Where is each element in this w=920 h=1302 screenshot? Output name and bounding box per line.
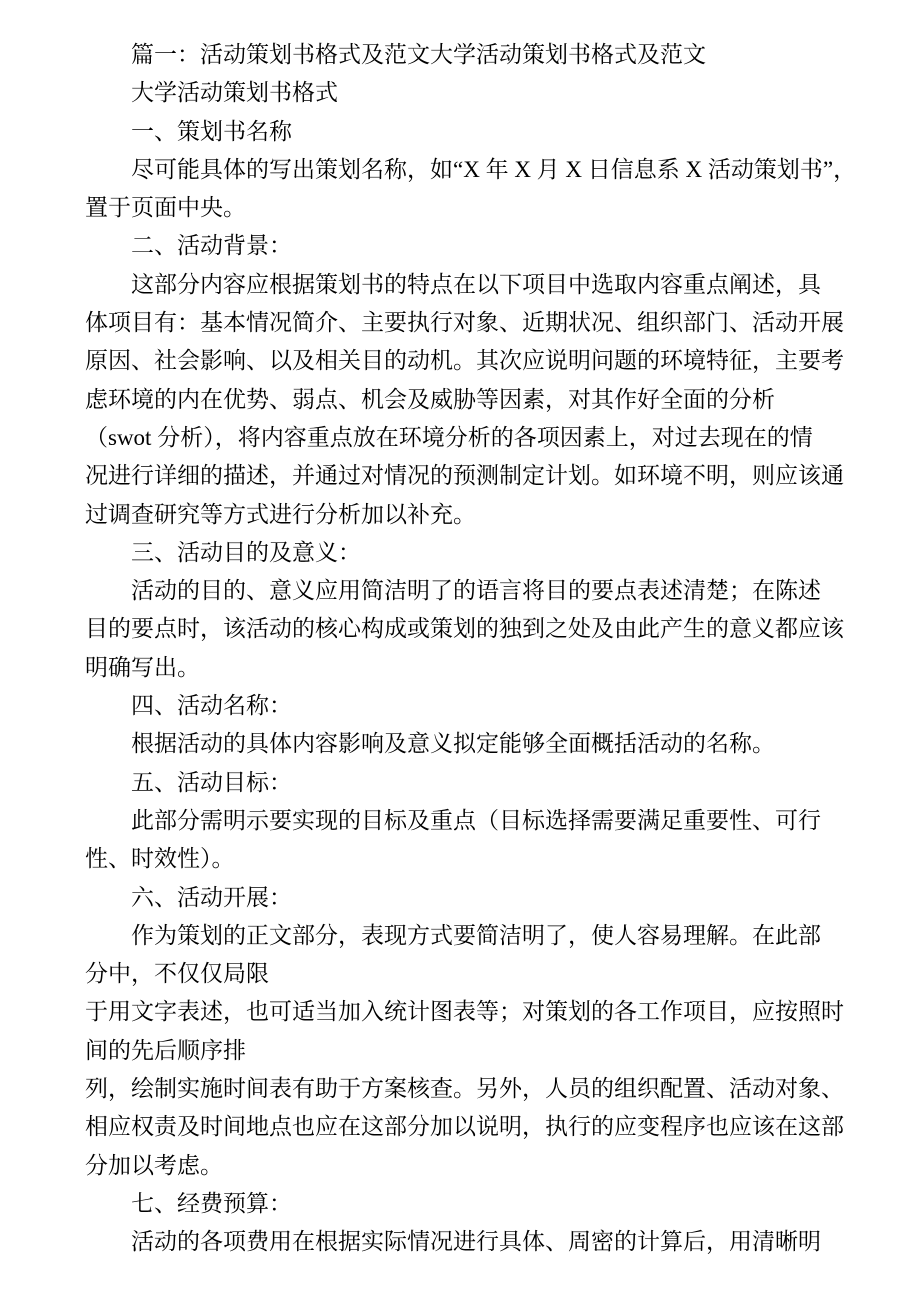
section-heading-line: 四、活动名称： xyxy=(85,687,870,725)
section-heading-line: 一、策划书名称 xyxy=(85,113,870,151)
section-heading-line: 七、经费预算： xyxy=(85,1185,870,1223)
body-text-line: 置于页面中央。 xyxy=(85,189,870,227)
body-text-line: 明确写出。 xyxy=(85,649,870,687)
body-text-line: 性、时效性）。 xyxy=(85,840,870,878)
body-text-line: 活动的目的、意义应用简洁明了的语言将目的要点表述清楚；在陈述 xyxy=(85,572,870,610)
body-text-line: 分加以考虑。 xyxy=(85,1147,870,1185)
body-text-line: 作为策划的正文部分，表现方式要简洁明了，使人容易理解。在此部 xyxy=(85,917,870,955)
body-text-line: 目的要点时，该活动的核心构成或策划的独到之处及由此产生的意义都应该 xyxy=(85,610,870,648)
section-heading-line: 五、活动目标： xyxy=(85,764,870,802)
body-text-line: 尽可能具体的写出策划名称，如“X 年 X 月 X 日信息系 X 活动策划书”， xyxy=(85,151,870,189)
section-heading-line: 二、活动背景： xyxy=(85,227,870,265)
body-text-line: 此部分需明示要实现的目标及重点（目标选择需要满足重要性、可行 xyxy=(85,802,870,840)
section-heading-line: 三、活动目的及意义： xyxy=(85,534,870,572)
body-text-line: 相应权责及时间地点也应在这部分加以说明，执行的应变程序也应该在这部 xyxy=(85,1108,870,1146)
body-text-line: 于用文字表述，也可适当加入统计图表等；对策划的各工作项目，应按照时 xyxy=(85,993,870,1031)
body-text-line: 根据活动的具体内容影响及意义拟定能够全面概括活动的名称。 xyxy=(85,725,870,763)
body-text-line: 况进行详细的描述，并通过对情况的预测制定计划。如环境不明，则应该通 xyxy=(85,457,870,495)
body-text-line: （swot 分析），将内容重点放在环境分析的各项因素上，对过去现在的情 xyxy=(85,419,870,457)
title-line: 篇一：活动策划书格式及范文大学活动策划书格式及范文 xyxy=(85,36,870,74)
body-text-line: 过调查研究等方式进行分析加以补充。 xyxy=(85,496,870,534)
body-text-line: 列，绘制实施时间表有助于方案核查。另外，人员的组织配置、活动对象、 xyxy=(85,1070,870,1108)
body-text-line: 这部分内容应根据策划书的特点在以下项目中选取内容重点阐述，具 xyxy=(85,266,870,304)
body-text-line: 虑环境的内在优势、弱点、机会及威胁等因素，对其作好全面的分析 xyxy=(85,381,870,419)
body-text-line: 原因、社会影响、以及相关目的动机。其次应说明问题的环境特征，主要考 xyxy=(85,342,870,380)
body-text-line: 活动的各项费用在根据实际情况进行具体、周密的计算后，用清晰明 xyxy=(85,1223,870,1261)
body-text-line: 体项目有：基本情况简介、主要执行对象、近期状况、组织部门、活动开展 xyxy=(85,304,870,342)
section-heading-line: 六、活动开展： xyxy=(85,879,870,917)
body-text-line: 间的先后顺序排 xyxy=(85,1032,870,1070)
body-text-line: 分中，不仅仅局限 xyxy=(85,955,870,993)
subtitle-line: 大学活动策划书格式 xyxy=(85,74,870,112)
document-page: 篇一：活动策划书格式及范文大学活动策划书格式及范文 大学活动策划书格式 一、策划… xyxy=(0,0,920,1302)
document-text-block: 篇一：活动策划书格式及范文大学活动策划书格式及范文 大学活动策划书格式 一、策划… xyxy=(0,0,920,1262)
